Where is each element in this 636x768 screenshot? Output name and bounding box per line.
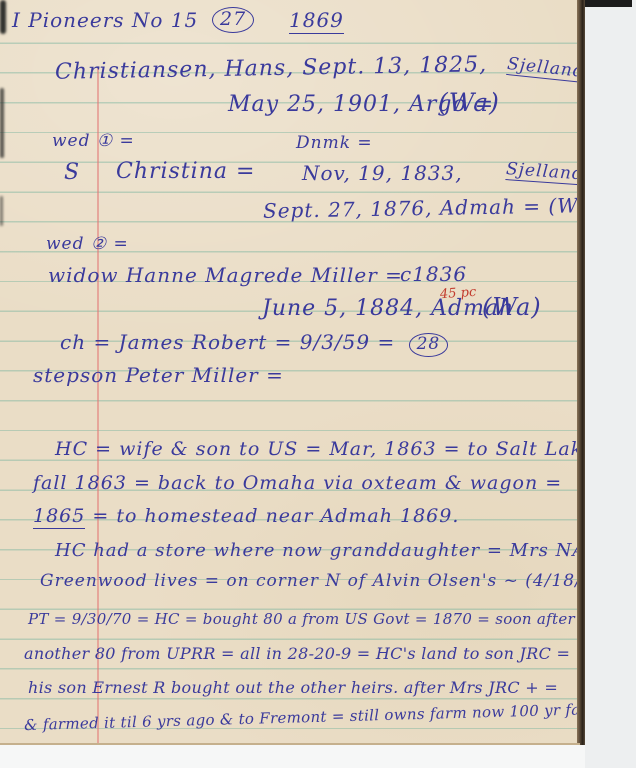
scanned-document: I Pioneers No 15 27 1869 Christiansen, H… <box>0 0 636 768</box>
circled-page-number: 27 <box>212 7 254 33</box>
wife2-death-place: (Wa) <box>482 293 542 321</box>
scan-artifact-top-right <box>585 0 632 7</box>
red-annotation: 45 pc <box>440 285 477 302</box>
subject-death-place: (Wa) <box>438 88 500 117</box>
child-entry-text: ch = James Robert = 9/3/59 = <box>60 330 395 354</box>
postscript-line-1: PT = 9/30/70 = HC = bought 80 a from US … <box>28 610 635 628</box>
scan-artifact-left-low <box>0 196 3 226</box>
marriage1-place: Dnmk = <box>296 133 373 153</box>
note-line-3-year: 1865 <box>33 505 85 529</box>
note-line-5: Greenwood lives = on corner N of Alvin O… <box>40 571 613 591</box>
wife1-birth: Nov, 19, 1833, <box>302 161 463 185</box>
circled-child-ref: 28 <box>409 333 449 357</box>
note-line-1: HC = wife & son to US = Mar, 1863 = to S… <box>55 438 636 460</box>
header-series: I Pioneers No 15 <box>12 8 198 32</box>
header-page-number: 27 <box>212 7 254 33</box>
wife1-name: Christina = <box>116 159 255 184</box>
note-line-4: HC had a store where now granddaughter =… <box>55 540 586 561</box>
marriage1-label: wed ① = <box>52 131 135 151</box>
note-line-2: fall 1863 = back to Omaha via oxteam & w… <box>33 472 562 494</box>
stepson-entry: stepson Peter Miller = <box>33 363 284 387</box>
postscript-line-2: another 80 from UPRR = all in 28-20-9 = … <box>24 644 570 663</box>
note-line-3: 1865 = to homestead near Admah 1869. <box>33 505 459 527</box>
wife1-initial: S <box>64 160 80 185</box>
marriage2-label: wed ② = <box>46 234 129 254</box>
scan-artifact-left-top <box>0 0 6 34</box>
scanner-background-bottom <box>0 745 585 768</box>
scan-artifact-left-mid <box>0 88 4 158</box>
note-line-3-rest: = to homestead near Admah 1869. <box>85 505 459 527</box>
postscript-line-3: his son Ernest R bought out the other he… <box>28 678 558 697</box>
wife2-name: widow Hanne Magrede Miller = <box>48 263 403 287</box>
wife2-death: June 5, 1884, Admah <box>262 296 514 321</box>
wife2-birth-circa: c1836 <box>400 262 467 286</box>
page-right-edge <box>577 0 585 747</box>
child-entry: ch = James Robert = 9/3/59 = 28 <box>60 330 448 357</box>
scanner-background-right <box>585 0 636 768</box>
header-year: 1869 <box>289 8 344 34</box>
